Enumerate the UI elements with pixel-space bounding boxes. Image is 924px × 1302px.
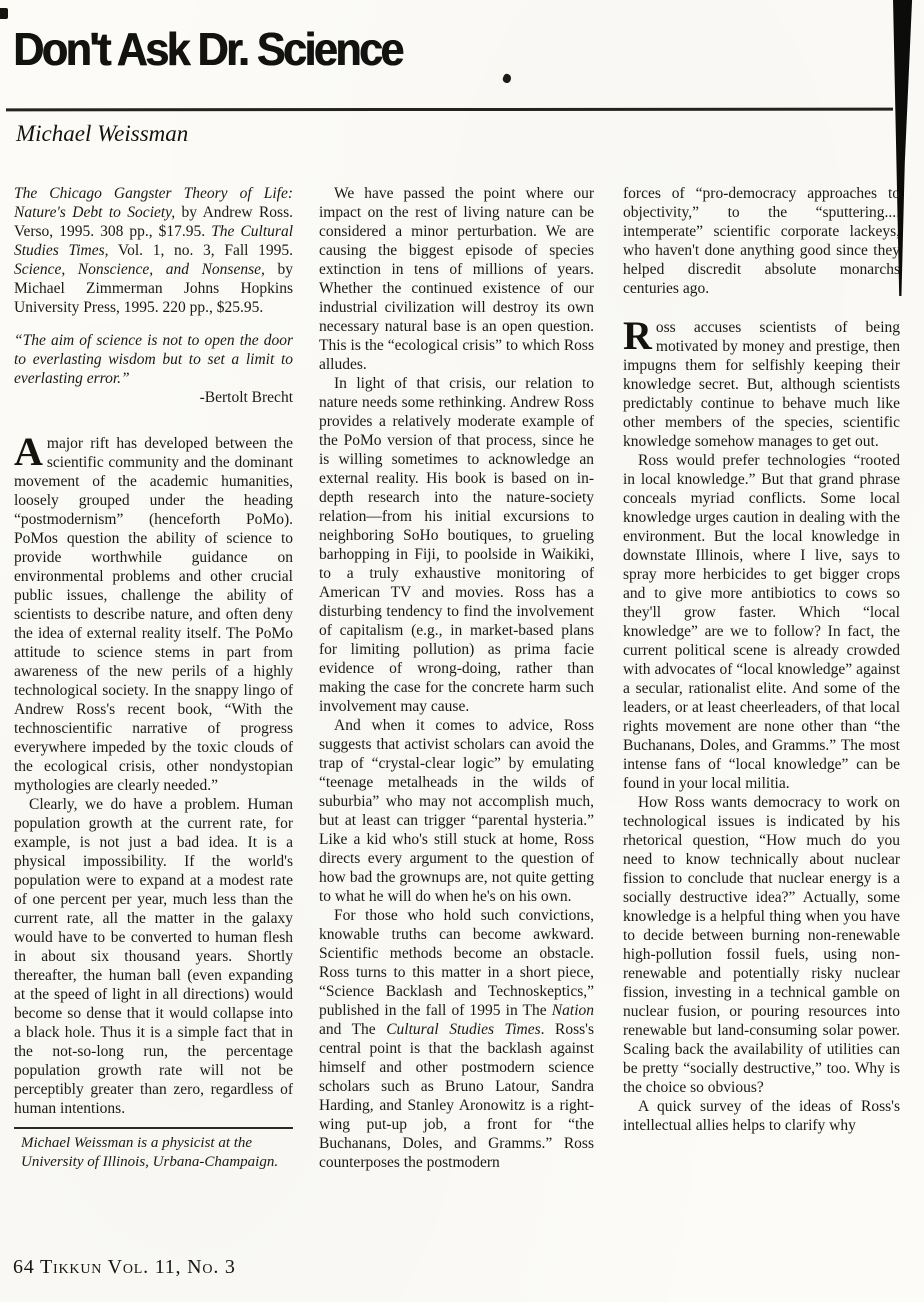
page-footer: 64 Tikkun Vol. 11, No. 3	[13, 1256, 236, 1279]
journal-name: Nation	[552, 1002, 594, 1019]
paragraph-text: oss accuses scientists of being motivate…	[623, 319, 900, 450]
paragraph-text: and The	[319, 1021, 386, 1038]
drop-cap: R	[623, 318, 656, 351]
epigraph-attribution: -Bertolt Brecht	[14, 388, 293, 407]
paragraph: We have passed the point where our impac…	[319, 184, 594, 374]
paragraph: Ross accuses scientists of being motivat…	[623, 318, 900, 451]
paragraph: Ross would prefer technologies “rooted i…	[623, 451, 900, 793]
citation-title: Science, Nonscience, and Nonsense,	[14, 261, 265, 278]
magazine-page: Don't Ask Dr. Science Michael Weissman T…	[0, 0, 924, 1302]
paragraph: In light of that crisis, our relation to…	[319, 374, 594, 716]
book-citations: The Chicago Gangster Theory of Life: Nat…	[14, 184, 293, 317]
paragraph-text: major rift has developed between the sci…	[14, 435, 293, 794]
paragraph: For those who hold such convictions, kno…	[319, 906, 594, 1172]
paragraph: Amajor rift has developed between the sc…	[14, 434, 293, 795]
paragraph: How Ross wants democracy to work on tech…	[623, 793, 900, 1097]
bio-divider	[14, 1127, 293, 1129]
paragraph: And when it comes to advice, Ross sugges…	[319, 716, 594, 906]
scan-corner-mark	[0, 8, 8, 19]
citation-detail: Vol. 1, no. 3, Fall 1995.	[109, 242, 294, 259]
header-rule	[6, 108, 893, 112]
paragraph: Clearly, we do have a problem. Human pop…	[14, 795, 293, 1118]
paragraph: A quick survey of the ideas of Ross's in…	[623, 1097, 900, 1135]
author-bio: Michael Weissman is a physicist at the U…	[14, 1134, 293, 1172]
paragraph-text: . Ross's central point is that the backl…	[319, 1021, 594, 1171]
paragraph: forces of “pro-democracy approaches to o…	[623, 184, 900, 298]
column-2: We have passed the point where our impac…	[319, 184, 594, 1172]
article-title: Don't Ask Dr. Science	[13, 24, 402, 77]
journal-name: Cultural Studies Times	[386, 1021, 540, 1038]
drop-cap: A	[14, 434, 47, 467]
column-3: forces of “pro-democracy approaches to o…	[623, 184, 900, 1135]
column-1: The Chicago Gangster Theory of Life: Nat…	[14, 184, 293, 1172]
epigraph-quote: “The aim of science is not to open the d…	[14, 331, 293, 388]
author-byline: Michael Weissman	[16, 121, 188, 147]
ink-speck	[502, 73, 513, 84]
